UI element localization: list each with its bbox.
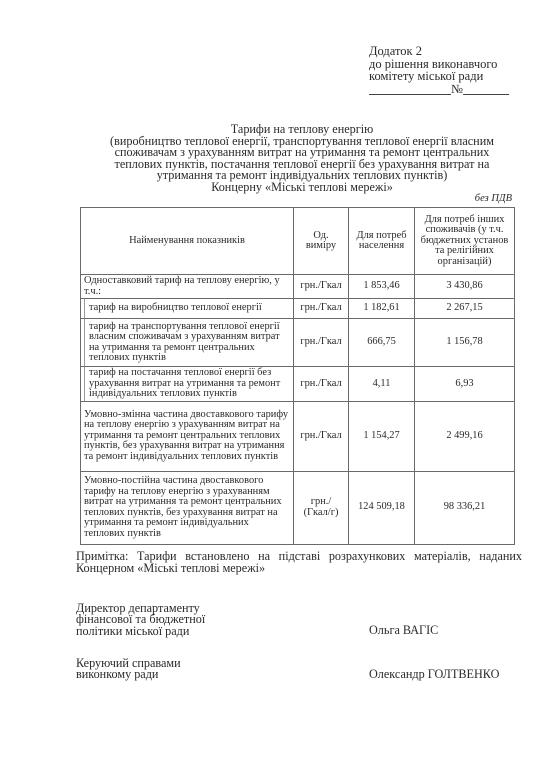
table-row: Умовно-змінна частина двоставкового тари… [81, 401, 515, 471]
signatory-title-finance: Директор департаменту фінансової та бюдж… [76, 603, 205, 637]
signatory-title-affairs: Керуючий справами виконкому ради [76, 658, 181, 681]
table-row: тариф на транспортування теплової енергі… [81, 319, 515, 367]
signatory-name-finance: Ольга ВАГІС [369, 625, 438, 636]
appendix-header: Додаток 2 до рішення виконавчого комітет… [369, 45, 509, 95]
appendix-committee: комітету міської ради [369, 70, 509, 83]
appendix-label: Додаток 2 [369, 45, 509, 58]
row-other: 98 336,21 [415, 471, 515, 544]
vat-note: без ПДВ [475, 193, 512, 204]
title-company: Концерну «Міські теплові мережі» [76, 182, 528, 194]
row-other: 6,93 [415, 367, 515, 402]
row-other: 3 430,86 [415, 275, 515, 299]
row-unit: грн./ (Гкал/г) [294, 471, 349, 544]
footnote: Примітка: Тарифи встановлено на підставі… [76, 551, 522, 574]
table-header-row: Найменування показників Од. виміру Для п… [81, 208, 515, 275]
tariffs-table: Найменування показників Од. виміру Для п… [80, 207, 515, 545]
row-name: тариф на виробництво теплової енергії [81, 299, 294, 319]
date-blank [369, 83, 413, 95]
row-unit: грн./Гкал [294, 401, 349, 471]
signatory-title-line: політики міської ради [76, 626, 205, 637]
row-population: 1 154,27 [349, 401, 415, 471]
header-unit: Од. виміру [294, 208, 349, 275]
table-row: тариф на виробництво теплової енергії гр… [81, 299, 515, 319]
row-population: 1 853,46 [349, 275, 415, 299]
row-unit: грн./Гкал [294, 275, 349, 299]
row-name: тариф на транспортування теплової енергі… [81, 319, 294, 367]
number-blank [463, 83, 509, 95]
date-blank-2 [413, 83, 451, 95]
row-population: 666,75 [349, 319, 415, 367]
row-unit: грн./Гкал [294, 367, 349, 402]
row-name: тариф на постачання теплової енергії без… [81, 367, 294, 402]
row-unit: грн./Гкал [294, 319, 349, 367]
number-sign: № [451, 82, 463, 96]
row-other: 2 499,16 [415, 401, 515, 471]
row-name: Одноставковий тариф на теплову енергію, … [81, 275, 294, 299]
row-unit: грн./Гкал [294, 299, 349, 319]
header-indicator: Найменування показників [81, 208, 294, 275]
table-row: тариф на постачання теплової енергії без… [81, 367, 515, 402]
header-population: Для потреб населення [349, 208, 415, 275]
appendix-number-line: № [369, 83, 509, 96]
row-population: 1 182,61 [349, 299, 415, 319]
document-title: Тарифи на теплову енергію (виробництво т… [76, 124, 528, 194]
row-other: 2 267,15 [415, 299, 515, 319]
row-population: 124 509,18 [349, 471, 415, 544]
signatory-title-line: виконкому ради [76, 669, 181, 680]
row-population: 4,11 [349, 367, 415, 402]
table-row: Умовно-постійна частина двоставкового та… [81, 471, 515, 544]
header-other-consumers: Для потреб інших споживачів (у т.ч. бюдж… [415, 208, 515, 275]
table-row: Одноставковий тариф на теплову енергію, … [81, 275, 515, 299]
row-name: Умовно-постійна частина двоставкового та… [81, 471, 294, 544]
row-name: Умовно-змінна частина двоставкового тари… [81, 401, 294, 471]
row-other: 1 156,78 [415, 319, 515, 367]
signatory-name-affairs: Олександр ГОЛТВЕНКО [369, 669, 499, 680]
